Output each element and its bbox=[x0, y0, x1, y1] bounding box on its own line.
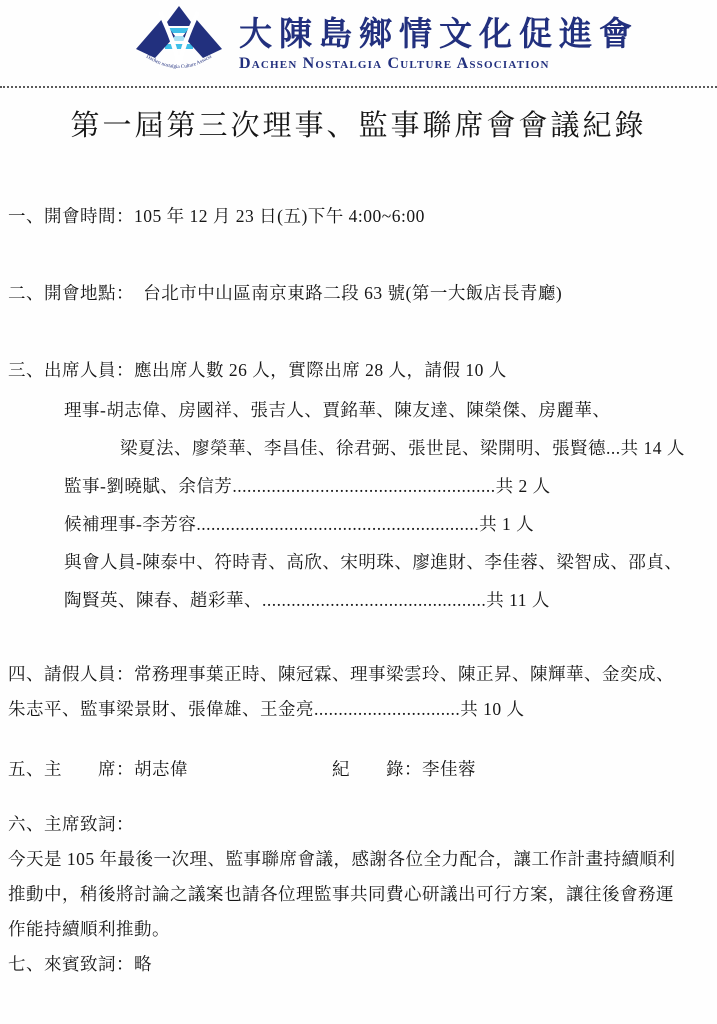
doc-line-chair-speech-2: 推動中，稍後將討論之議案也請各位理監事共同費心研議出可行方案，讓往後會務運 bbox=[8, 882, 707, 906]
org-name-en: Dachen Nostalgia Culture Association bbox=[239, 55, 639, 73]
org-names: 大陳島鄉情文化促進會 Dachen Nostalgia Culture Asso… bbox=[239, 15, 639, 73]
doc-line-directors-2: 梁夏法、廖榮華、李昌佳、徐君弼、張世昆、梁開明、張賢德...共 14 人 bbox=[8, 436, 707, 460]
doc-line-attendees-summary: 三、出席人員：應出席人數 26 人，實際出席 28 人，請假 10 人 bbox=[8, 358, 707, 382]
dotted-divider bbox=[0, 86, 717, 88]
doc-line-leave-2: 朱志平、監事梁景財、張偉雄、王金亮.......................… bbox=[8, 697, 707, 721]
doc-line-chair-speech-1: 今天是 105 年最後一次理、監事聯席會議，感謝各位全力配合，讓工作計畫持續順利 bbox=[8, 847, 707, 871]
doc-line-alternate-director: 候補理事-李芳容................................… bbox=[8, 512, 707, 536]
association-logo-icon: Dachen nostalgia Culture Association bbox=[133, 5, 225, 83]
doc-line-participants-1: 與會人員-陳泰中、符時青、高欣、宋明珠、廖進財、李佳蓉、梁智成、邵貞、 bbox=[8, 550, 707, 574]
doc-line-directors-1: 理事-胡志偉、房國祥、張吉人、賈銘華、陳友達、陳榮傑、房麗華、 bbox=[8, 398, 707, 422]
document-page: Dachen nostalgia Culture Association 大陳島… bbox=[0, 0, 717, 1024]
doc-line-chair-speech-head: 六、主席致詞： bbox=[8, 812, 707, 836]
doc-line-leave-1: 四、請假人員：常務理事葉正時、陳冠霖、理事梁雲玲、陳正昇、陳輝華、金奕成、 bbox=[8, 662, 707, 686]
doc-line-chair-recorder: 五、主 席：胡志偉 紀 錄：李佳蓉 bbox=[8, 757, 707, 781]
doc-line-meeting-time: 一、開會時間：105 年 12 月 23 日(五)下午 4:00~6:00 bbox=[8, 204, 707, 228]
doc-line-supervisors: 監事-劉曉賦、余信芳..............................… bbox=[8, 474, 707, 498]
doc-line-guest-speech: 七、來賓致詞：略 bbox=[8, 952, 707, 976]
letterhead: Dachen nostalgia Culture Association 大陳島… bbox=[0, 0, 717, 84]
org-name-zh: 大陳島鄉情文化促進會 bbox=[239, 15, 639, 55]
doc-title: 第一屆第三次理事、監事聯席會會議紀錄 bbox=[0, 104, 717, 148]
doc-body: 一、開會時間：105 年 12 月 23 日(五)下午 4:00~6:00 二、… bbox=[0, 204, 717, 976]
doc-line-meeting-place: 二、開會地點： 台北市中山區南京東路二段 63 號(第一大飯店長青廳) bbox=[8, 281, 707, 305]
doc-line-participants-2: 陶賢英、陳春、趙彩華、.............................… bbox=[8, 588, 707, 612]
doc-line-chair-speech-3: 作能持續順利推動。 bbox=[8, 917, 707, 941]
